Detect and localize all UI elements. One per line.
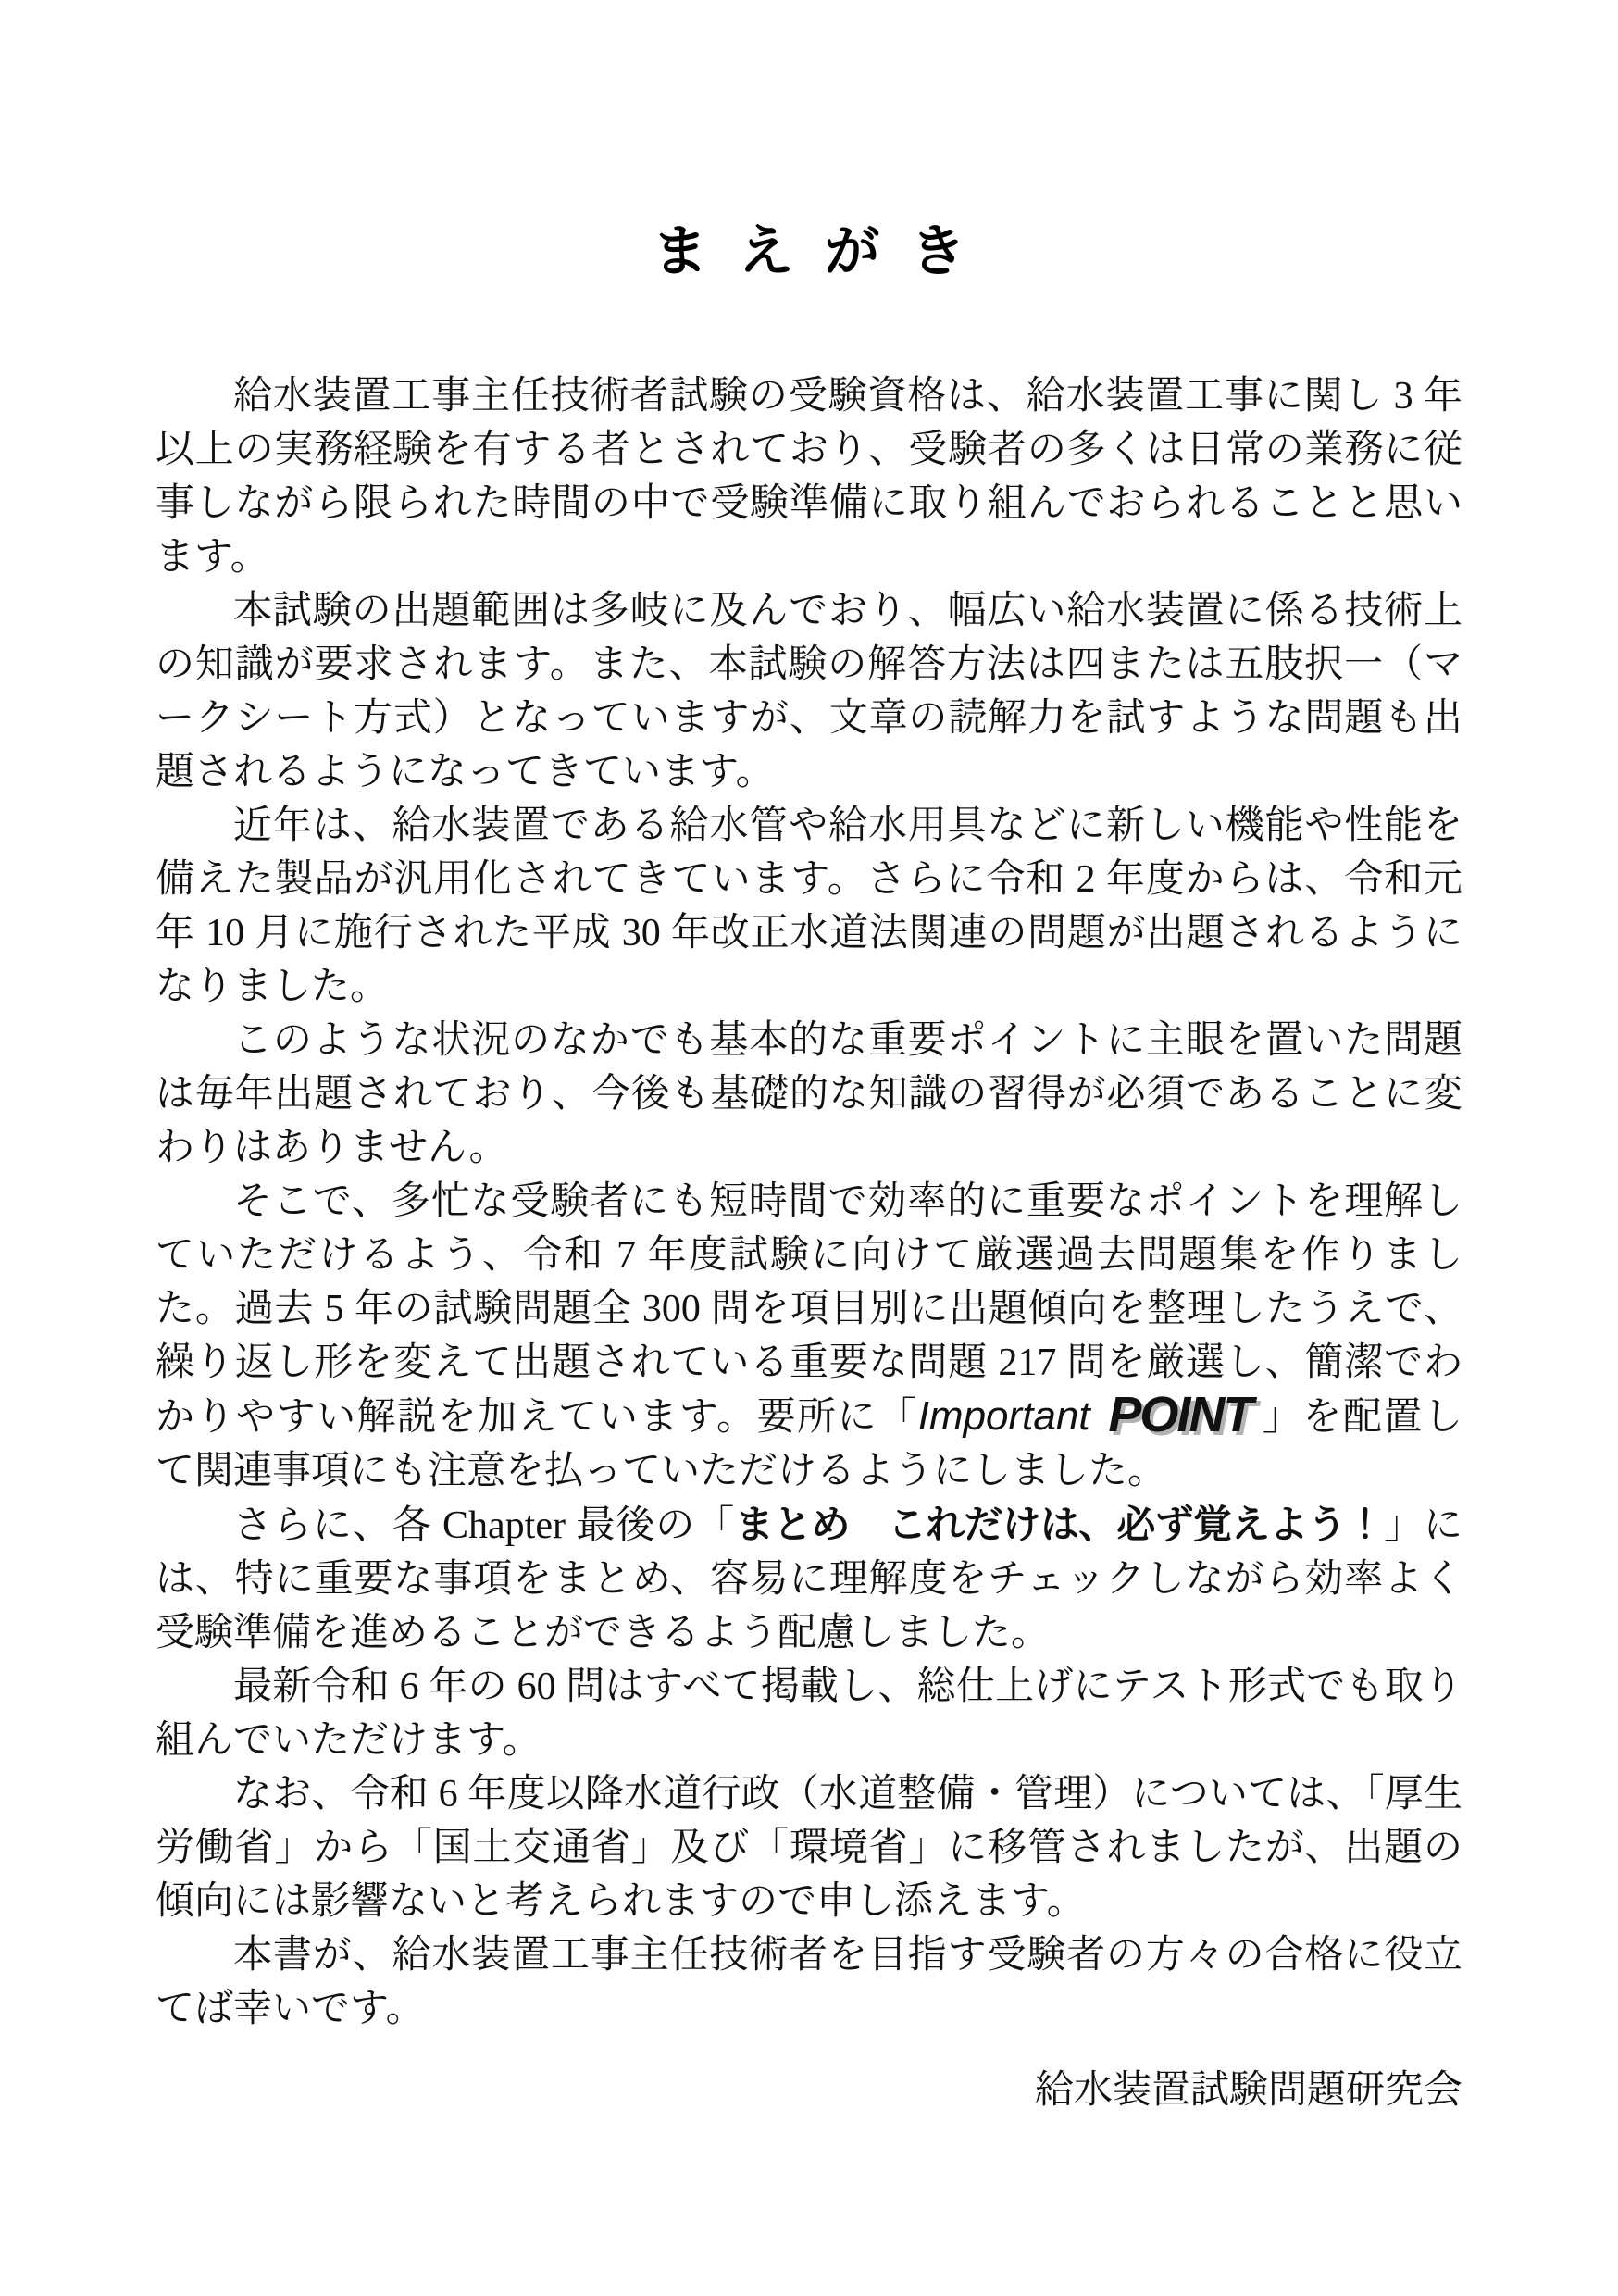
text-run: POINT — [1102, 1387, 1261, 1442]
paragraph: さらに、各 Chapter 最後の「まとめ これだけは、必ず覚えよう！」には、特… — [156, 1498, 1462, 1660]
paragraph: 本書が、給水装置工事主任技術者を目指す受験者の方々の合格に役立てば幸いです。 — [156, 1928, 1462, 2036]
paragraph: 最新令和 6 年の 60 問はすべて掲載し、総仕上げにテスト形式でも取り組んでい… — [156, 1660, 1462, 1767]
paragraph: 近年は、給水装置である給水管や給水用具などに新しい機能や性能を備えた製品が汎用化… — [156, 799, 1462, 1014]
document-page: まえがき 給水装置工事主任技術者試験の受験資格は、給水装置工事に関し 3 年以上… — [0, 0, 1618, 2296]
text-run: 本試験の出題範囲は多岐に及んでおり、幅広い給水装置に係る技術上の知識が要求されま… — [156, 590, 1462, 793]
paragraph: なお、令和 6 年度以降水道行政（水道整備・管理）については、「厚生労働省」から… — [156, 1767, 1462, 1928]
text-run: 本書が、給水装置工事主任技術者を目指す受験者の方々の合格に役立てば幸いです。 — [156, 1934, 1462, 2030]
body-text: 給水装置工事主任技術者試験の受験資格は、給水装置工事に関し 3 年以上の実務経験… — [156, 369, 1462, 2036]
text-run: Important — [918, 1393, 1103, 1439]
text-run: 最新令和 6 年の 60 問はすべて掲載し、総仕上げにテスト形式でも取り組んでい… — [156, 1666, 1462, 1762]
paragraph: そこで、多忙な受験者にも短時間で効率的に重要なポイントを理解していただけるよう、… — [156, 1175, 1462, 1498]
text-run: 近年は、給水装置である給水管や給水用具などに新しい機能や性能を備えた製品が汎用化… — [156, 805, 1462, 1008]
text-run: まとめ これだけは、必ず覚えよう！ — [735, 1502, 1384, 1547]
paragraph: このような状況のなかでも基本的な重要ポイントに主眼を置いた問題は毎年出題されてお… — [156, 1014, 1462, 1175]
text-run: このような状況のなかでも基本的な重要ポイントに主眼を置いた問題は毎年出題されてお… — [156, 1019, 1462, 1169]
text-run: さらに、各 Chapter 最後の「 — [233, 1504, 735, 1547]
paragraph: 本試験の出題範囲は多岐に及んでおり、幅広い給水装置に係る技術上の知識が要求されま… — [156, 584, 1462, 799]
signature: 給水装置試験問題研究会 — [156, 2064, 1462, 2117]
text-run: なお、令和 6 年度以降水道行政（水道整備・管理）については、「厚生労働省」から… — [156, 1773, 1462, 1923]
page-title: まえがき — [156, 220, 1462, 284]
text-run: 給水装置工事主任技術者試験の受験資格は、給水装置工事に関し 3 年以上の実務経験… — [156, 375, 1462, 579]
paragraph: 給水装置工事主任技術者試験の受験資格は、給水装置工事に関し 3 年以上の実務経験… — [156, 369, 1462, 584]
